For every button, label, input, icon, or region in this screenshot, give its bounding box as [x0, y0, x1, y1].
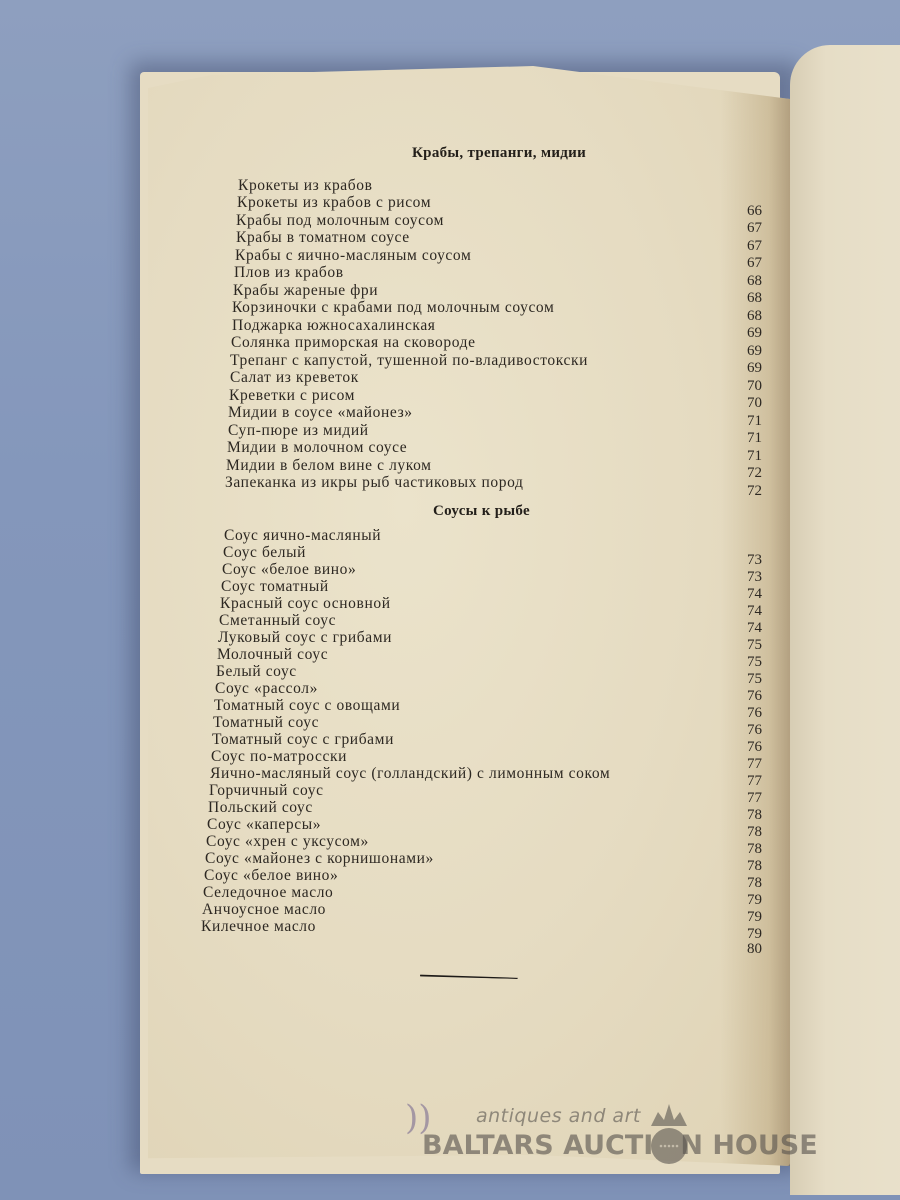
page-number: 75 [732, 671, 762, 688]
toc-entry: Мидии в белом вине с луком [226, 457, 432, 474]
page-number: 78 [732, 824, 762, 841]
toc-entry: Соус «белое вино» [222, 561, 356, 578]
page-number: 68 [732, 273, 762, 290]
toc-entry: Польский соус [208, 799, 313, 816]
page-number: 69 [732, 343, 762, 360]
page-number: 76 [732, 739, 762, 756]
page-number: 76 [732, 722, 762, 739]
page-number: 69 [732, 360, 762, 377]
page-number: 73 [732, 569, 762, 586]
toc-entry: Молочный соус [217, 646, 328, 663]
toc-entry: Селедочное масло [203, 884, 333, 901]
toc-entry: Крокеты из крабов [238, 177, 373, 194]
toc-entry: Крабы жареные фри [233, 282, 378, 299]
toc-entry: Запеканка из икры рыб частиковых пород [225, 474, 523, 491]
toc-entry: Солянка приморская на сковороде [231, 334, 476, 351]
page-number: 79 [732, 909, 762, 926]
page-number: 80 [732, 941, 762, 958]
page-number: 66 [732, 203, 762, 220]
toc-entry: Горчичный соус [209, 782, 324, 799]
page-number: 67 [732, 220, 762, 237]
page-number: 78 [732, 807, 762, 824]
page-number: 72 [732, 465, 762, 482]
page-number: 68 [732, 290, 762, 307]
page-number: 77 [732, 773, 762, 790]
page-number: 67 [732, 238, 762, 255]
toc-entry: Корзиночки с крабами под молочным соусом [232, 299, 554, 316]
toc-entry: Суп-пюре из мидий [228, 422, 369, 439]
page-number: 71 [732, 448, 762, 465]
toc-entry: Томатный соус с грибами [212, 731, 394, 748]
toc-entry: Соус белый [223, 544, 306, 561]
toc-entry: Крокеты из крабов с рисом [237, 194, 431, 211]
page-number: 78 [732, 875, 762, 892]
section-title-crabs: Крабы, трепанги, мидии [412, 145, 586, 162]
page-number: 71 [732, 430, 762, 447]
page-number: 70 [732, 378, 762, 395]
toc-entry: Килечное масло [201, 918, 316, 935]
crown-logo-icon [648, 1100, 690, 1170]
toc-entry: Соус по-матросски [211, 748, 347, 765]
page-number: 70 [732, 395, 762, 412]
toc-entry: Салат из креветок [230, 369, 359, 386]
toc-entry: Анчоусное масло [202, 901, 326, 918]
page-number: 76 [732, 688, 762, 705]
toc-entry: Крабы с яично-масляным соусом [235, 247, 471, 264]
page-number: 78 [732, 841, 762, 858]
toc-entry: Соус яично-масляный [224, 527, 381, 544]
page-number: 77 [732, 790, 762, 807]
toc-entry: Поджарка южносахалинская [232, 317, 436, 334]
toc-entry: Плов из крабов [234, 264, 344, 281]
page-number: 69 [732, 325, 762, 342]
toc-entry: Мидии в соусе «майонез» [228, 404, 413, 421]
end-rule-divider [420, 974, 518, 979]
page-number: 74 [732, 620, 762, 637]
page-number: 67 [732, 255, 762, 272]
toc-entry: Красный соус основной [220, 595, 391, 612]
toc-entry: Соус «рассол» [215, 680, 318, 697]
toc-entry: Соус «майонез с корнишонами» [205, 850, 434, 867]
page-number: 71 [732, 413, 762, 430]
page-number: 74 [732, 586, 762, 603]
page-number: 72 [732, 483, 762, 500]
page-number: 79 [732, 892, 762, 909]
toc-entry: Томатный соус с овощами [214, 697, 400, 714]
toc-entry: Соус «хрен с уксусом» [206, 833, 369, 850]
page-number: 77 [732, 756, 762, 773]
table-of-contents: Крабы, трепанги, мидии Крокеты из крабов… [0, 0, 900, 1200]
toc-entry: Крабы в томатном соусе [236, 229, 410, 246]
toc-entry: Луковый соус с грибами [218, 629, 392, 646]
toc-entry: Томатный соус [213, 714, 319, 731]
toc-entry: Соус томатный [221, 578, 329, 595]
toc-entry: Белый соус [216, 663, 297, 680]
page-number: 78 [732, 858, 762, 875]
page-number: 76 [732, 705, 762, 722]
toc-entry: Соус «каперсы» [207, 816, 321, 833]
section-title-sauces: Соусы к рыбе [433, 503, 530, 520]
toc-entry: Сметанный соус [219, 612, 336, 629]
page-number: 75 [732, 654, 762, 671]
toc-entry: Трепанг с капустой, тушенной по-владивос… [230, 352, 588, 369]
toc-entry: Яично-масляный соус (голландский) с лимо… [210, 765, 610, 782]
page-number: 74 [732, 603, 762, 620]
page-number: 75 [732, 637, 762, 654]
toc-entry: Соус «белое вино» [204, 867, 338, 884]
toc-entry: Крабы под молочным соусом [236, 212, 444, 229]
watermark-brand: BALTARS AUCTI N HOUSE [422, 1130, 818, 1161]
page-number: 73 [732, 552, 762, 569]
page-number: 68 [732, 308, 762, 325]
toc-entry: Мидии в молочном соусе [227, 439, 407, 456]
watermark-tagline: antiques and art [476, 1105, 641, 1127]
toc-entry: Креветки с рисом [229, 387, 355, 404]
